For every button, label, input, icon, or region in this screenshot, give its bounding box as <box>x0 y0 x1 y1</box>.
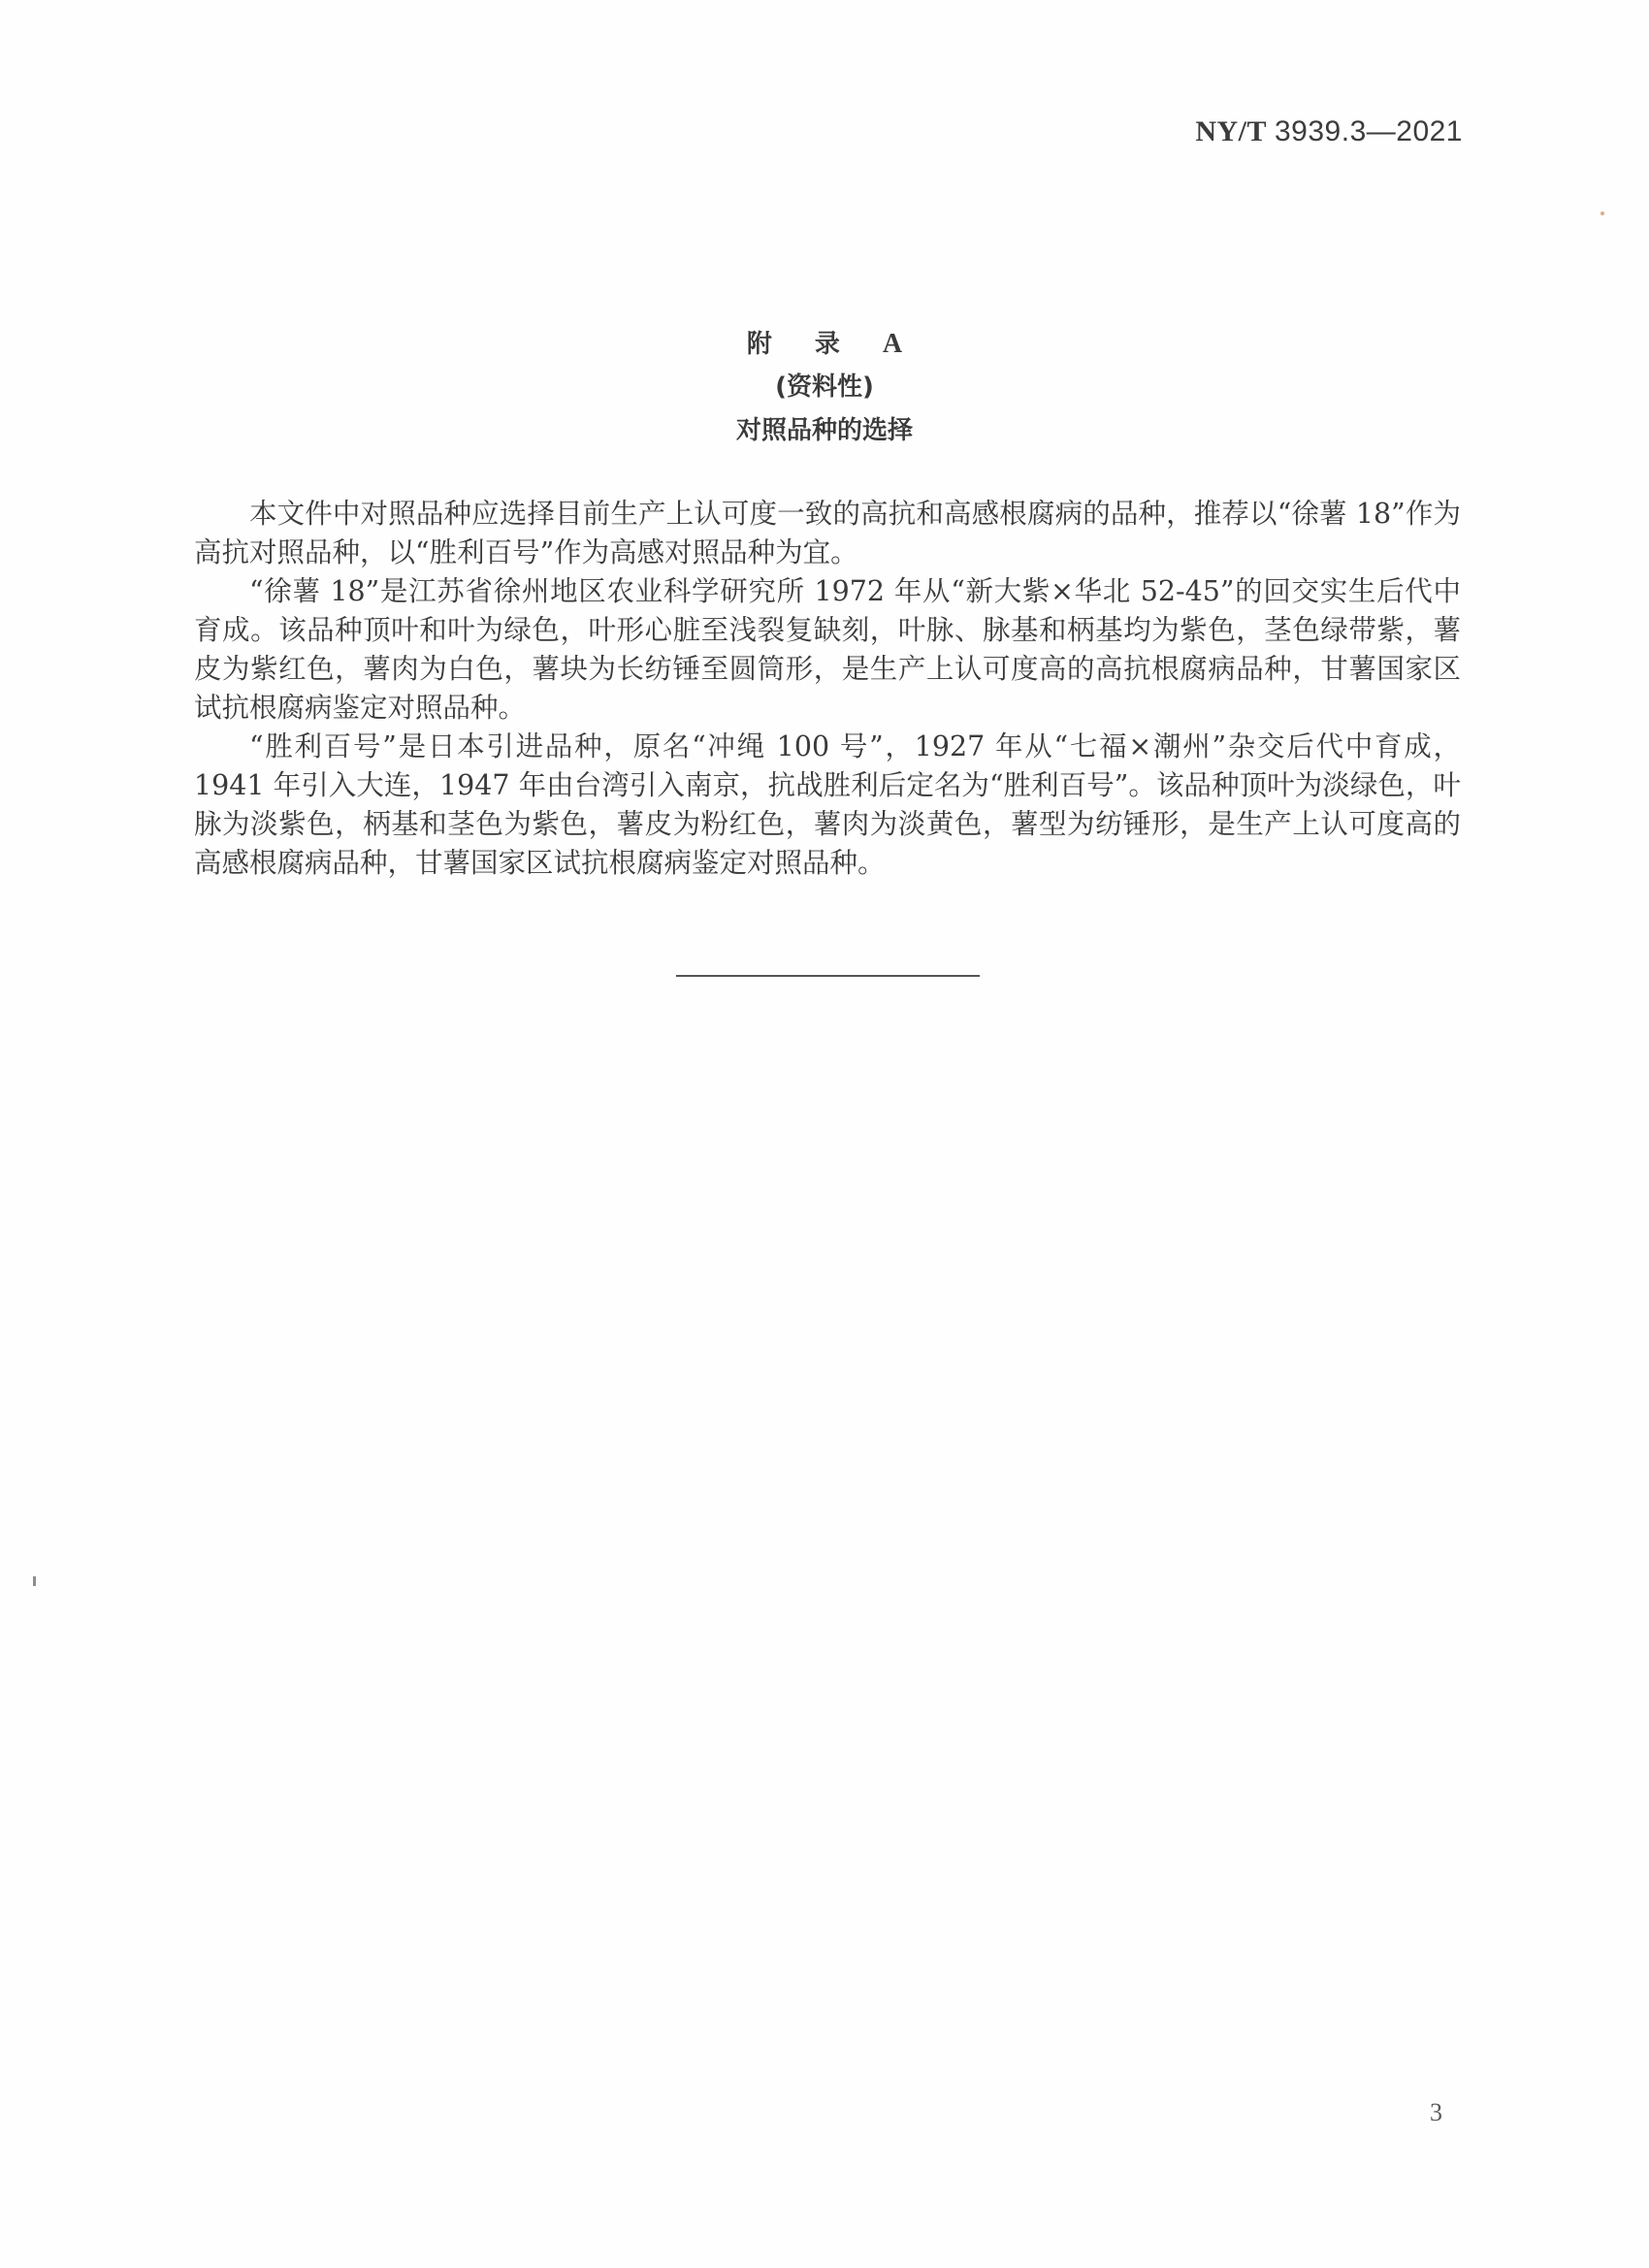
annex-body: 本文件中对照品种应选择目前生产上认可度一致的高抗和高感根腐病的品种，推荐以“徐薯… <box>194 495 1461 883</box>
standard-code-header: NY/T3939.3—2021 <box>1195 114 1463 148</box>
scan-mark <box>33 1576 36 1586</box>
annex-word-2: 录 <box>815 323 840 367</box>
paragraph-recommendation: 本文件中对照品种应选择目前生产上认可度一致的高抗和高感根腐病的品种，推荐以“徐薯… <box>194 495 1461 572</box>
annex-title-block: 附录A (资料性) 对照品种的选择 <box>0 322 1649 453</box>
annex-word-1: 附 <box>747 323 772 367</box>
page-number: 3 <box>1430 2098 1442 2127</box>
paragraph-shengli-baihao: “胜利百号”是日本引进品种，原名“冲绳 100 号”，1927 年从“七福×潮州… <box>194 728 1461 883</box>
annex-heading: 附录A <box>0 322 1649 366</box>
scan-speck <box>1600 211 1604 215</box>
paragraph-xushu-18: “徐薯 18”是江苏省徐州地区农业科学研究所 1972 年从“新大紫×华北 52… <box>194 572 1461 728</box>
annex-title: 对照品种的选择 <box>0 409 1649 453</box>
end-of-annex-rule <box>676 975 980 977</box>
annex-type: (资料性) <box>0 366 1649 409</box>
annex-letter: A <box>883 322 902 366</box>
standard-prefix: NY/T <box>1195 115 1267 147</box>
standard-number: 3939.3—2021 <box>1275 115 1463 147</box>
document-page: NY/T3939.3—2021 附录A (资料性) 对照品种的选择 本文件中对照… <box>0 0 1649 2268</box>
